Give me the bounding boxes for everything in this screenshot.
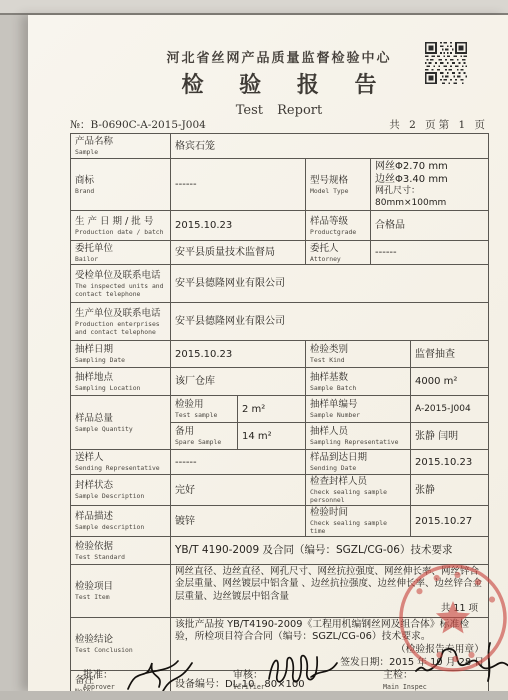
seal-checker-value: 张静 bbox=[411, 475, 489, 506]
sampling-representative-value: 张静 闫明 bbox=[411, 423, 489, 450]
bailor-value: 安平县质量技术监督局 bbox=[171, 241, 306, 265]
pagination: 共 2 页第 1 页 bbox=[389, 117, 488, 132]
test-conclusion-value: 该批产品按 YB/T4190-2009《工程用机编钢丝网及组合体》标准检验，所检… bbox=[171, 617, 489, 671]
sending-date-label: 样品到达日期Sending Date bbox=[306, 450, 411, 475]
scan-top-edge bbox=[0, 0, 508, 15]
sampling-location-label: 抽样地点Sampling Location bbox=[71, 368, 171, 396]
production-unit-value: 安平县德隆网业有限公司 bbox=[171, 303, 489, 341]
production-unit-label: 生产单位及联系电话Production enterprises and cont… bbox=[71, 303, 171, 341]
bailor-label: 委托单位Bailor bbox=[71, 241, 171, 265]
sample-grade-label: 样品等级Productgrade bbox=[306, 211, 371, 241]
table-row: 受检单位及联系电话The inspected units and contact… bbox=[71, 265, 489, 303]
table-row: 委托单位Bailor 安平县质量技术监督局 委托人Attorney ------ bbox=[71, 241, 489, 265]
sample-description-value: 镀锌 bbox=[171, 506, 306, 537]
table-row: 抽样地点Sampling Location 该厂仓库 抽样基数Sample Ba… bbox=[71, 368, 489, 396]
production-date-label: 生 产 日 期 / 批 号Production date / batch bbox=[71, 211, 171, 241]
table-row: 抽样日期Sampling Date 2015.10.23 检验类别Test Ki… bbox=[71, 341, 489, 368]
seal-state-label: 封样状态Sample Description bbox=[71, 475, 171, 506]
table-row: 检验依据Test Standard YB/T 4190-2009 及合同（编号：… bbox=[71, 537, 489, 565]
test-item-value: 网丝直径、边丝直径、网孔尺寸、网丝抗拉强度、网丝伸长率、网丝锌合金层重量、网丝镀… bbox=[171, 565, 489, 617]
sample-batch-value: 4000 m² bbox=[411, 368, 489, 396]
table-row: 生 产 日 期 / 批 号Production date / batch 201… bbox=[71, 211, 489, 241]
inspected-unit-label: 受检单位及联系电话The inspected units and contact… bbox=[71, 265, 171, 303]
report-number: №：B-0690C-A-2015-J004 bbox=[70, 117, 206, 132]
model-type-value: 网丝Φ2.70 mm边丝Φ3.40 mm网孔尺寸：80mm×100mm bbox=[371, 159, 489, 211]
sample-number-value: A-2015-J004 bbox=[411, 396, 489, 423]
table-row: 检验结论Test Conclusion 该批产品按 YB/T4190-2009《… bbox=[71, 617, 489, 671]
test-kind-value: 监督抽查 bbox=[411, 341, 489, 368]
scan-bottom-edge bbox=[0, 691, 508, 700]
report-number-line: №：B-0690C-A-2015-J004 共 2 页第 1 页 bbox=[70, 117, 488, 132]
report-subtitle: Test Report bbox=[70, 103, 488, 118]
stamp-note: （检验报告专用章） bbox=[175, 644, 484, 657]
sample-number-label: 抽样单编号Sample Number bbox=[306, 396, 411, 423]
brand-value: ------ bbox=[171, 159, 306, 211]
product-name-value: 格宾石笼 bbox=[171, 134, 489, 159]
seal-checker-label: 检查封样人员Check sealing sample personnel bbox=[306, 475, 411, 506]
attorney-label: 委托人Attorney bbox=[306, 241, 371, 265]
test-kind-label: 检验类别Test Kind bbox=[306, 341, 411, 368]
test-item-count: 共 11 项 bbox=[175, 603, 484, 615]
check-time-value: 2015.10.27 bbox=[411, 506, 489, 537]
model-type-label: 型号规格Model Type bbox=[306, 159, 371, 211]
table-row: 样品总量Sample Quantity 检验用Test sample 2 m² … bbox=[71, 396, 489, 423]
sampling-date-label: 抽样日期Sampling Date bbox=[71, 341, 171, 368]
sampling-representative-label: 抽样人员Sampling Representative bbox=[306, 423, 411, 450]
main-inspector-label: 主检：Main Inspec bbox=[383, 670, 427, 691]
table-row: 检验项目Test Item 网丝直径、边丝直径、网孔尺寸、网丝抗拉强度、网丝伸长… bbox=[71, 565, 489, 617]
product-name-label: 产品名称Sample bbox=[71, 134, 171, 159]
sending-representative-value: ------ bbox=[171, 450, 306, 475]
table-row: 产品名称Sample 格宾石笼 bbox=[71, 134, 489, 159]
inspected-unit-value: 安平县德隆网业有限公司 bbox=[171, 265, 489, 303]
report-page: 河北省丝网产品质量监督检验中心 检 验 报 告 Test Report №：B-… bbox=[28, 15, 508, 691]
table-row: 样品描述Sample description 镀锌 检验时间Check seal… bbox=[71, 506, 489, 537]
test-standard-label: 检验依据Test Standard bbox=[71, 537, 171, 565]
test-sample-value: 2 m² bbox=[238, 396, 306, 423]
test-item-label: 检验项目Test Item bbox=[71, 565, 171, 617]
test-standard-value: YB/T 4190-2009 及合同（编号：SGZL/CG-06）技术要求 bbox=[171, 537, 489, 565]
approver-label: 批准：Approver bbox=[83, 670, 115, 691]
table-row: 封样状态Sample Description 完好 检查封样人员Check se… bbox=[71, 475, 489, 506]
spare-sample-label: 备用Spare Sample bbox=[171, 423, 238, 450]
attorney-value: ------ bbox=[371, 241, 489, 265]
test-sample-label: 检验用Test sample bbox=[171, 396, 238, 423]
sample-quantity-label: 样品总量Sample Quantity bbox=[71, 396, 171, 450]
table-row: 生产单位及联系电话Production enterprises and cont… bbox=[71, 303, 489, 341]
sample-batch-label: 抽样基数Sample Batch bbox=[306, 368, 411, 396]
sending-representative-label: 送样人Sending Representative bbox=[71, 450, 171, 475]
table-row: 送样人Sending Representative ------ 样品到达日期S… bbox=[71, 450, 489, 475]
test-conclusion-label: 检验结论Test Conclusion bbox=[71, 617, 171, 671]
sample-description-label: 样品描述Sample description bbox=[71, 506, 171, 537]
spare-sample-value: 14 m² bbox=[238, 423, 306, 450]
seal-state-value: 完好 bbox=[171, 475, 306, 506]
production-date-value: 2015.10.23 bbox=[171, 211, 306, 241]
sending-date-value: 2015.10.23 bbox=[411, 450, 489, 475]
verifier-label: 审核：Verifier bbox=[233, 670, 265, 691]
scanned-report: 河北省丝网产品质量监督检验中心 检 验 报 告 Test Report №：B-… bbox=[0, 0, 508, 700]
qr-code-icon bbox=[425, 42, 467, 84]
sampling-location-value: 该厂仓库 bbox=[171, 368, 306, 396]
report-table: 产品名称Sample 格宾石笼 商标Brand ------ 型号规格Model… bbox=[70, 133, 489, 699]
sample-grade-value: 合格品 bbox=[371, 211, 489, 241]
check-time-label: 检验时间Check sealing sample time bbox=[306, 506, 411, 537]
table-row: 商标Brand ------ 型号规格Model Type 网丝Φ2.70 mm… bbox=[71, 159, 489, 211]
issue-date: 签发日期：2015 年 10 月 28 日 bbox=[175, 657, 484, 670]
sampling-date-value: 2015.10.23 bbox=[171, 341, 306, 368]
brand-label: 商标Brand bbox=[71, 159, 171, 211]
